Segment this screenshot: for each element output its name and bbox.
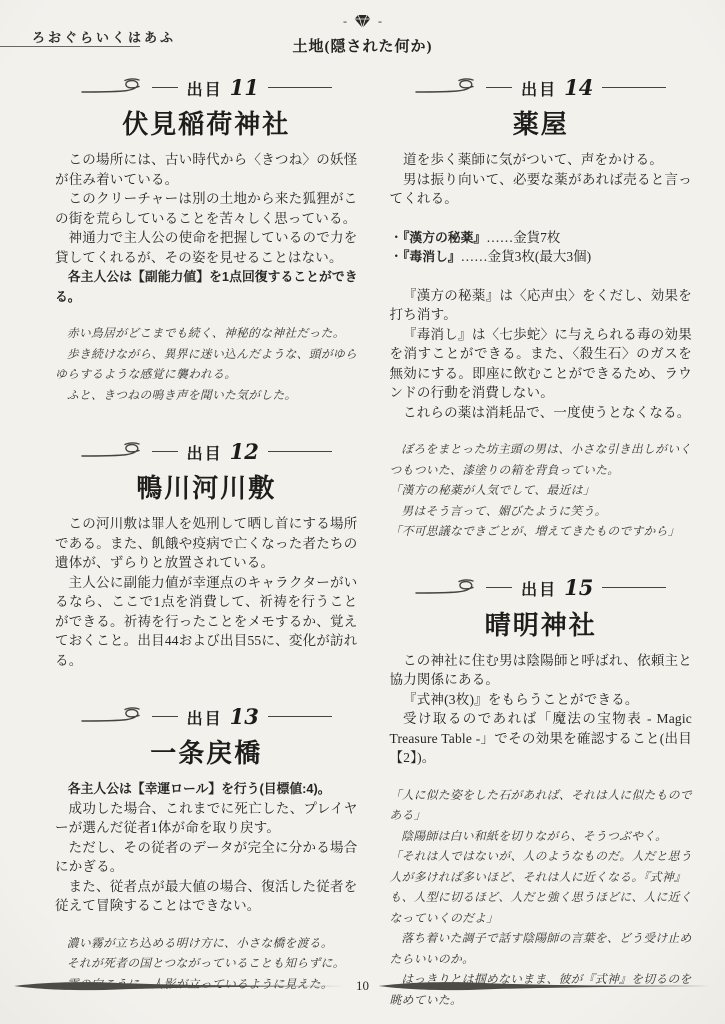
flavor-line: 「人に似た姿をした石があれば、それは人に似たものである」 [390, 785, 693, 826]
roll-number: 15 [564, 575, 593, 600]
rule-paragraph: 各主人公は【幸運ロール】を行う(目標値:4)。 [55, 779, 358, 799]
cloud-scroll-icon [81, 706, 143, 726]
section-rule-right [268, 451, 332, 452]
flavor-line: 「漢方の秘薬が人気でして、最近は」 [390, 480, 693, 501]
roll-label: 出目 [521, 77, 557, 100]
flavor-line: 男はそう言って、媚びたように笑う。 [390, 501, 693, 522]
gem-dash-right: - [378, 15, 382, 27]
section-header: 出目 14 [390, 74, 693, 100]
section-entry-15: 出目 15 晴明神社 この神社に住む男は陰陽師と呼ばれ、依頼主と協力関係にある。… [390, 575, 693, 1011]
page: ろおぐらいくはあふ - - 土地(隠された何か) [0, 0, 725, 1024]
chapter-head: - - 土地(隠された何か) [0, 12, 725, 56]
body-paragraph: 神通力で主人公の使命を把握しているので力を貸してくれるが、その姿を見せることはな… [55, 228, 358, 267]
footer: 10 [0, 979, 725, 992]
body-paragraph: この神社に住む男は陰陽師と呼ばれ、依頼主と協力関係にある。 [390, 651, 693, 690]
cloud-scroll-icon [415, 77, 477, 97]
section-rule-right [602, 87, 666, 88]
flavor-line: ふと、きつねの鳴き声を聞いた気がした。 [55, 385, 358, 406]
roll-label: 出目 [187, 441, 223, 464]
roll-number: 11 [230, 75, 259, 100]
gem-icon [354, 14, 371, 29]
body-paragraph: 『式神(3枚)』をもらうことができる。 [390, 690, 693, 710]
item-bullet: ・ [390, 249, 404, 264]
page-number: 10 [356, 979, 369, 992]
column-left: 出目 11 伏見稲荷神社 この場所には、古い時代から〈きつね〉の妖怪が住み着いて… [55, 62, 358, 994]
flavor-line: 「それは人ではないが、人のようなものだ。人だと思う人が多ければ多いほど、それは人… [390, 846, 693, 928]
section-rule-left [152, 716, 178, 717]
body-paragraph: この河川敷は罪人を処刑して晒し首にする場所である。また、飢餓や疫病で亡くなった者… [55, 514, 358, 573]
section-rule-left [152, 87, 178, 88]
section-entry-14: 出目 14 薬屋 道を歩く薬師に気がついて、声をかける。 男は振り向いて、必要な… [390, 74, 693, 542]
body-paragraph: この場所には、古い時代から〈きつね〉の妖怪が住み着いている。 [55, 150, 358, 189]
roll-number: 12 [230, 439, 259, 464]
item-name: 『毒消し』 [403, 249, 461, 264]
roll-label: 出目 [521, 577, 557, 600]
flavor-line: 赤い鳥居がどこまでも続く、神秘的な神社だった。 [55, 323, 358, 344]
section-title: 晴明神社 [390, 605, 693, 642]
section-header: 出目 15 [390, 575, 693, 601]
flavor-text-block: ぼろをまとった坊主頭の男は、小さな引き出しがいくつもついた、漆塗りの箱を背負って… [390, 439, 693, 542]
cloud-scroll-icon [81, 77, 143, 97]
item-price: ……金貨3枚(最大3個) [461, 249, 592, 264]
section-title: 伏見稲荷神社 [55, 104, 358, 141]
cloud-scroll-icon [415, 578, 477, 598]
body-paragraph: 受け取るのであれば「魔法の宝物表 - Magic Treasure Table … [390, 709, 693, 768]
flavor-line: 濃い霧が立ち込める明け方に、小さな橋を渡る。 [55, 933, 358, 954]
shop-item-list: ・『漢方の秘薬』……金貨7枚 ・『毒消し』……金貨3枚(最大3個) [390, 228, 693, 267]
roll-number: 13 [230, 704, 259, 729]
flavor-line: それが死者の国とつながっていることも知らずに。 [55, 953, 358, 974]
body-paragraph: 『毒消し』は〈七歩蛇〉に与えられる毒の効果を消すことができる。また、〈殺生石〉の… [390, 325, 693, 403]
section-rule-left [486, 87, 512, 88]
section-rule-right [268, 87, 332, 88]
flavor-line: 歩き続けながら、異界に迷い込んだような、頭がゆらゆらするような感覚に襲われる。 [55, 344, 358, 385]
section-title: 鴨川河川敷 [55, 468, 358, 505]
rule-paragraph: 各主人公は【副能力値】を1点回復することができる。 [55, 267, 358, 306]
section-rule-right [268, 716, 332, 717]
flavor-line: 陰陽師は白い和紙を切りながら、そうつぶやく。 [390, 826, 693, 847]
body-paragraph: 男は振り向いて、必要な薬があれば売ると言ってくれる。 [390, 170, 693, 209]
body-paragraph: 主人公に副能力値が幸運点のキャラクターがいるなら、ここで1点を消費して、祈祷を行… [55, 573, 358, 671]
section-entry-12: 出目 12 鴨川河川敷 この河川敷は罪人を処刑して晒し首にする場所である。また、… [55, 438, 358, 670]
flavor-line: ぼろをまとった坊主頭の男は、小さな引き出しがいくつもついた、漆塗りの箱を背負って… [390, 439, 693, 480]
shop-item: ・『漢方の秘薬』……金貨7枚 [390, 228, 693, 248]
gem-dash-left: - [343, 15, 347, 27]
roll-label: 出目 [187, 77, 223, 100]
section-rule-right [602, 587, 666, 588]
brush-stroke-right [378, 980, 712, 992]
chapter-title: 土地(隠された何か) [0, 35, 725, 56]
section-rule-left [486, 587, 512, 588]
flavor-line: 「不可思議なできごとが、増えてきたものですから」 [390, 521, 693, 542]
body-paragraph: 成功した場合、これまでに死亡した、プレイヤーが選んだ従者1体が命を取り戻す。 [55, 799, 358, 838]
section-header: 出目 11 [55, 74, 358, 100]
section-title: 一条戻橋 [55, 733, 358, 770]
roll-number: 14 [564, 75, 593, 100]
cloud-scroll-icon [81, 441, 143, 461]
brush-stroke-left [13, 980, 347, 992]
section-header: 出目 12 [55, 438, 358, 464]
section-header: 出目 13 [55, 703, 358, 729]
section-title: 薬屋 [390, 104, 693, 141]
flavor-line: 落ち着いた調子で話す陰陽師の言葉を、どう受け止めたらいいのか。 [390, 928, 693, 969]
roll-label: 出目 [187, 706, 223, 729]
item-bullet: ・ [390, 230, 404, 245]
body-paragraph: また、従者点が最大値の場合、復活した従者を従えて冒険することはできない。 [55, 877, 358, 916]
item-name: 『漢方の秘薬』 [403, 230, 486, 245]
flavor-text-block: 赤い鳥居がどこまでも続く、神秘的な神社だった。 歩き続けながら、異界に迷い込んだ… [55, 323, 358, 405]
content-columns: 出目 11 伏見稲荷神社 この場所には、古い時代から〈きつね〉の妖怪が住み着いて… [55, 62, 692, 1010]
body-paragraph: ただし、その従者のデータが完全に分かる場合にかぎる。 [55, 838, 358, 877]
section-rule-left [152, 451, 178, 452]
section-entry-11: 出目 11 伏見稲荷神社 この場所には、古い時代から〈きつね〉の妖怪が住み着いて… [55, 74, 358, 405]
body-paragraph: これらの薬は消耗品で、一度使うとなくなる。 [390, 403, 693, 423]
item-price: ……金貨7枚 [486, 230, 560, 245]
body-paragraph: このクリーチャーは別の土地から来た狐狸がこの街を荒らしていることを苦々しく思って… [55, 189, 358, 228]
body-paragraph: 『漢方の秘薬』は〈応声虫〉をくだし、効果を打ち消す。 [390, 286, 693, 325]
column-right: 出目 14 薬屋 道を歩く薬師に気がついて、声をかける。 男は振り向いて、必要な… [390, 62, 693, 1010]
flavor-text-block: 「人に似た姿をした石があれば、それは人に似たものである」 陰陽師は白い和紙を切り… [390, 785, 693, 1011]
section-entry-13: 出目 13 一条戻橋 各主人公は【幸運ロール】を行う(目標値:4)。 成功した場… [55, 703, 358, 994]
body-paragraph: 道を歩く薬師に気がついて、声をかける。 [390, 150, 693, 170]
shop-item: ・『毒消し』……金貨3枚(最大3個) [390, 247, 693, 267]
